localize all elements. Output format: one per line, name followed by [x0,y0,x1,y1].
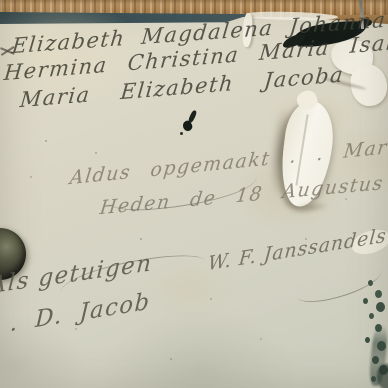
paper-speckles [45,140,47,142]
manuscript-photo: Elizabeth Magdalena Johanna Hermina Chri… [0,0,388,388]
ink-mark-dot [180,132,183,135]
ink-corner-blob [377,364,388,388]
